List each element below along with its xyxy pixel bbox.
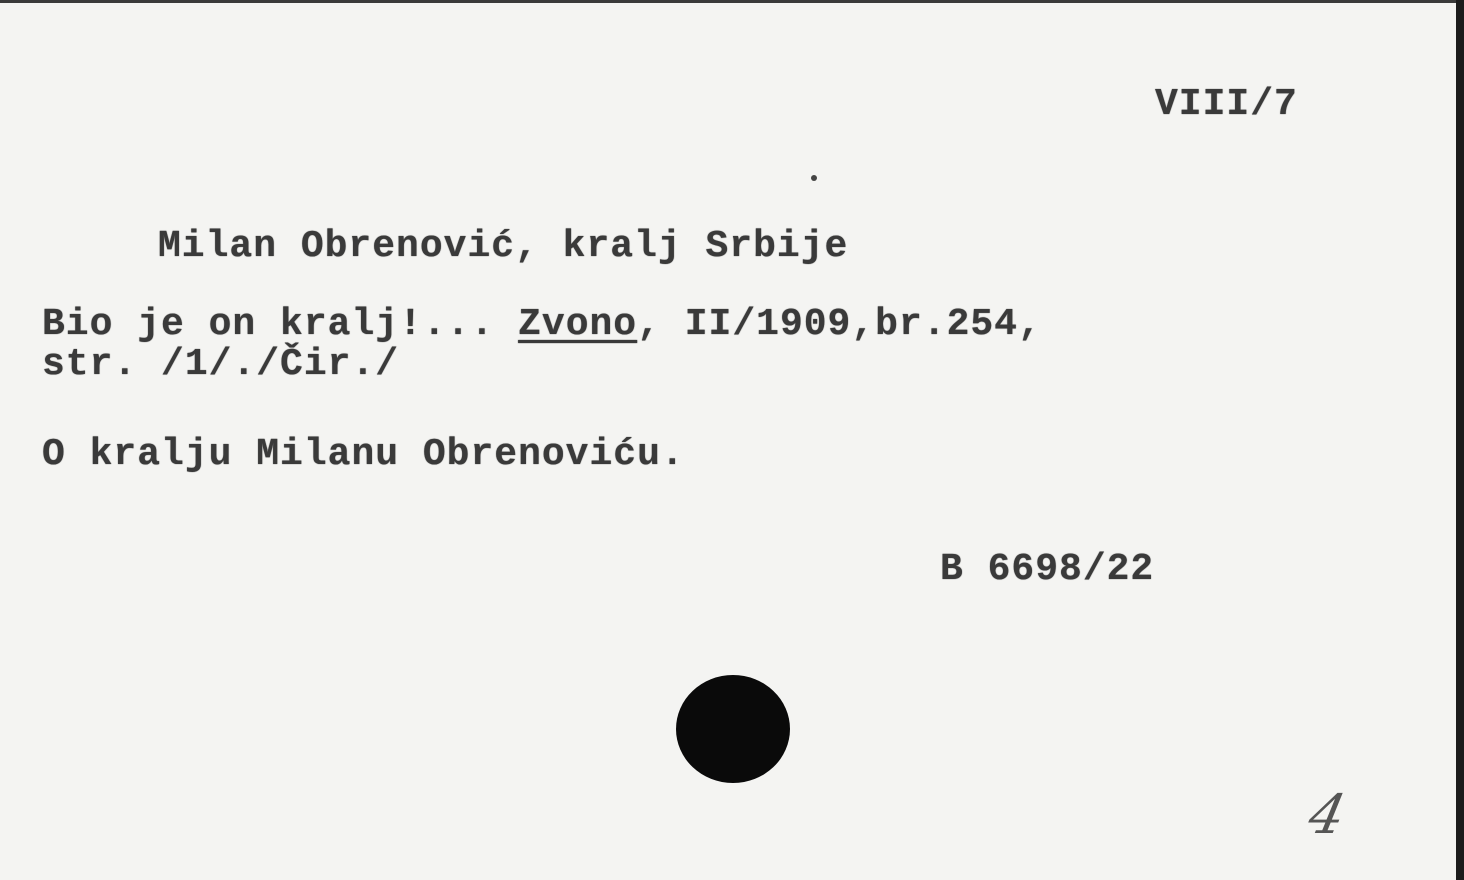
scan-edge <box>1456 0 1464 880</box>
card-heading: Milan Obrenović, kralj Srbije <box>158 225 848 268</box>
accession-number: B 6698/22 <box>940 548 1154 591</box>
ink-dot <box>811 175 817 181</box>
citation-title: Bio je on kralj!... <box>42 303 494 346</box>
subject-note: O kralju Milanu Obrenoviću. <box>42 433 685 476</box>
reference-code: VIII/7 <box>1155 83 1298 126</box>
citation-details: , II/1909,br.254, <box>637 303 1042 346</box>
handwritten-mark: 4 <box>1303 783 1351 846</box>
journal-name: Zvono <box>518 303 637 346</box>
catalog-card: VIII/7 Milan Obrenović, kralj Srbije Bio… <box>0 0 1456 880</box>
citation-line: Bio je on kralj!... Zvono, II/1909,br.25… <box>42 303 1042 346</box>
citation-pages: str. /1/./Čir./ <box>42 343 399 386</box>
punch-hole <box>676 675 790 783</box>
